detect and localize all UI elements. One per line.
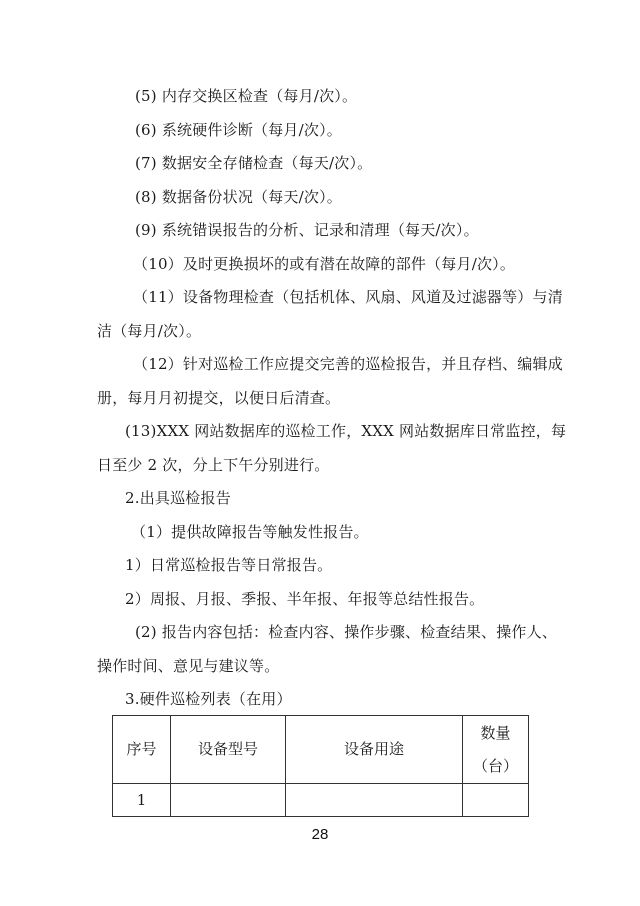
sub-item-1: （1）提供故障报告等触发性报告。 [131,522,369,542]
sub-item-2-cont: 操作时间、意见与建议等。 [97,656,279,676]
hardware-inspection-table: 序号 设备型号 设备用途 数量 （台） 1 [112,715,529,817]
list-item-11: （11）设备物理检查（包括机体、风扇、风道及过滤器等）与清 [133,287,563,307]
table-header-row: 序号 设备型号 设备用途 数量 （台） [113,716,529,784]
cell-device-model [171,784,286,817]
list-item-12-cont: 册，每月月初提交，以便日后清查。 [97,388,340,408]
list-item-8: (8) 数据备份状况（每天/次）。 [135,187,342,207]
list-item-6: (6) 系统硬件诊断（每月/次）。 [135,120,342,140]
list-item-13-cont: 日至少 2 次，分上下午分别进行。 [97,455,329,475]
list-item-11-cont: 洁（每月/次）。 [97,321,201,341]
header-device-model: 设备型号 [171,716,286,784]
page-number: 28 [0,826,640,843]
section-heading-3: 3.硬件巡检列表（在用） [125,689,292,709]
header-device-purpose: 设备用途 [286,716,463,784]
sub-item-1-2: 2）周报、月报、季报、半年报、年报等总结性报告。 [125,589,484,609]
header-quantity-label: 数量 [463,717,528,750]
cell-quantity [463,784,529,817]
header-serial-number: 序号 [113,716,171,784]
cell-serial-number: 1 [113,784,171,817]
list-item-5: (5) 内存交换区检查（每月/次）。 [135,86,357,106]
section-heading-2: 2.出具巡检报告 [125,488,231,508]
header-quantity-unit: （台） [463,750,528,783]
header-quantity: 数量 （台） [463,716,529,784]
table-row: 1 [113,784,529,817]
cell-device-purpose [286,784,463,817]
sub-item-1-1: 1）日常巡检报告等日常报告。 [125,555,332,575]
list-item-7: (7) 数据安全存储检查（每天/次）。 [135,153,372,173]
list-item-9: (9) 系统错误报告的分析、记录和清理（每天/次）。 [135,220,479,240]
list-item-12: （12）针对巡检工作应提交完善的巡检报告，并且存档、编辑成 [133,354,563,374]
list-item-13: (13)XXX 网站数据库的巡检工作，XXX 网站数据库日常监控，每 [125,421,566,441]
list-item-10: （10）及时更换损坏的或有潜在故障的部件（每月/次）。 [133,254,515,274]
sub-item-2: (2) 报告内容包括：检查内容、操作步骤、检查结果、操作人、 [135,622,557,642]
